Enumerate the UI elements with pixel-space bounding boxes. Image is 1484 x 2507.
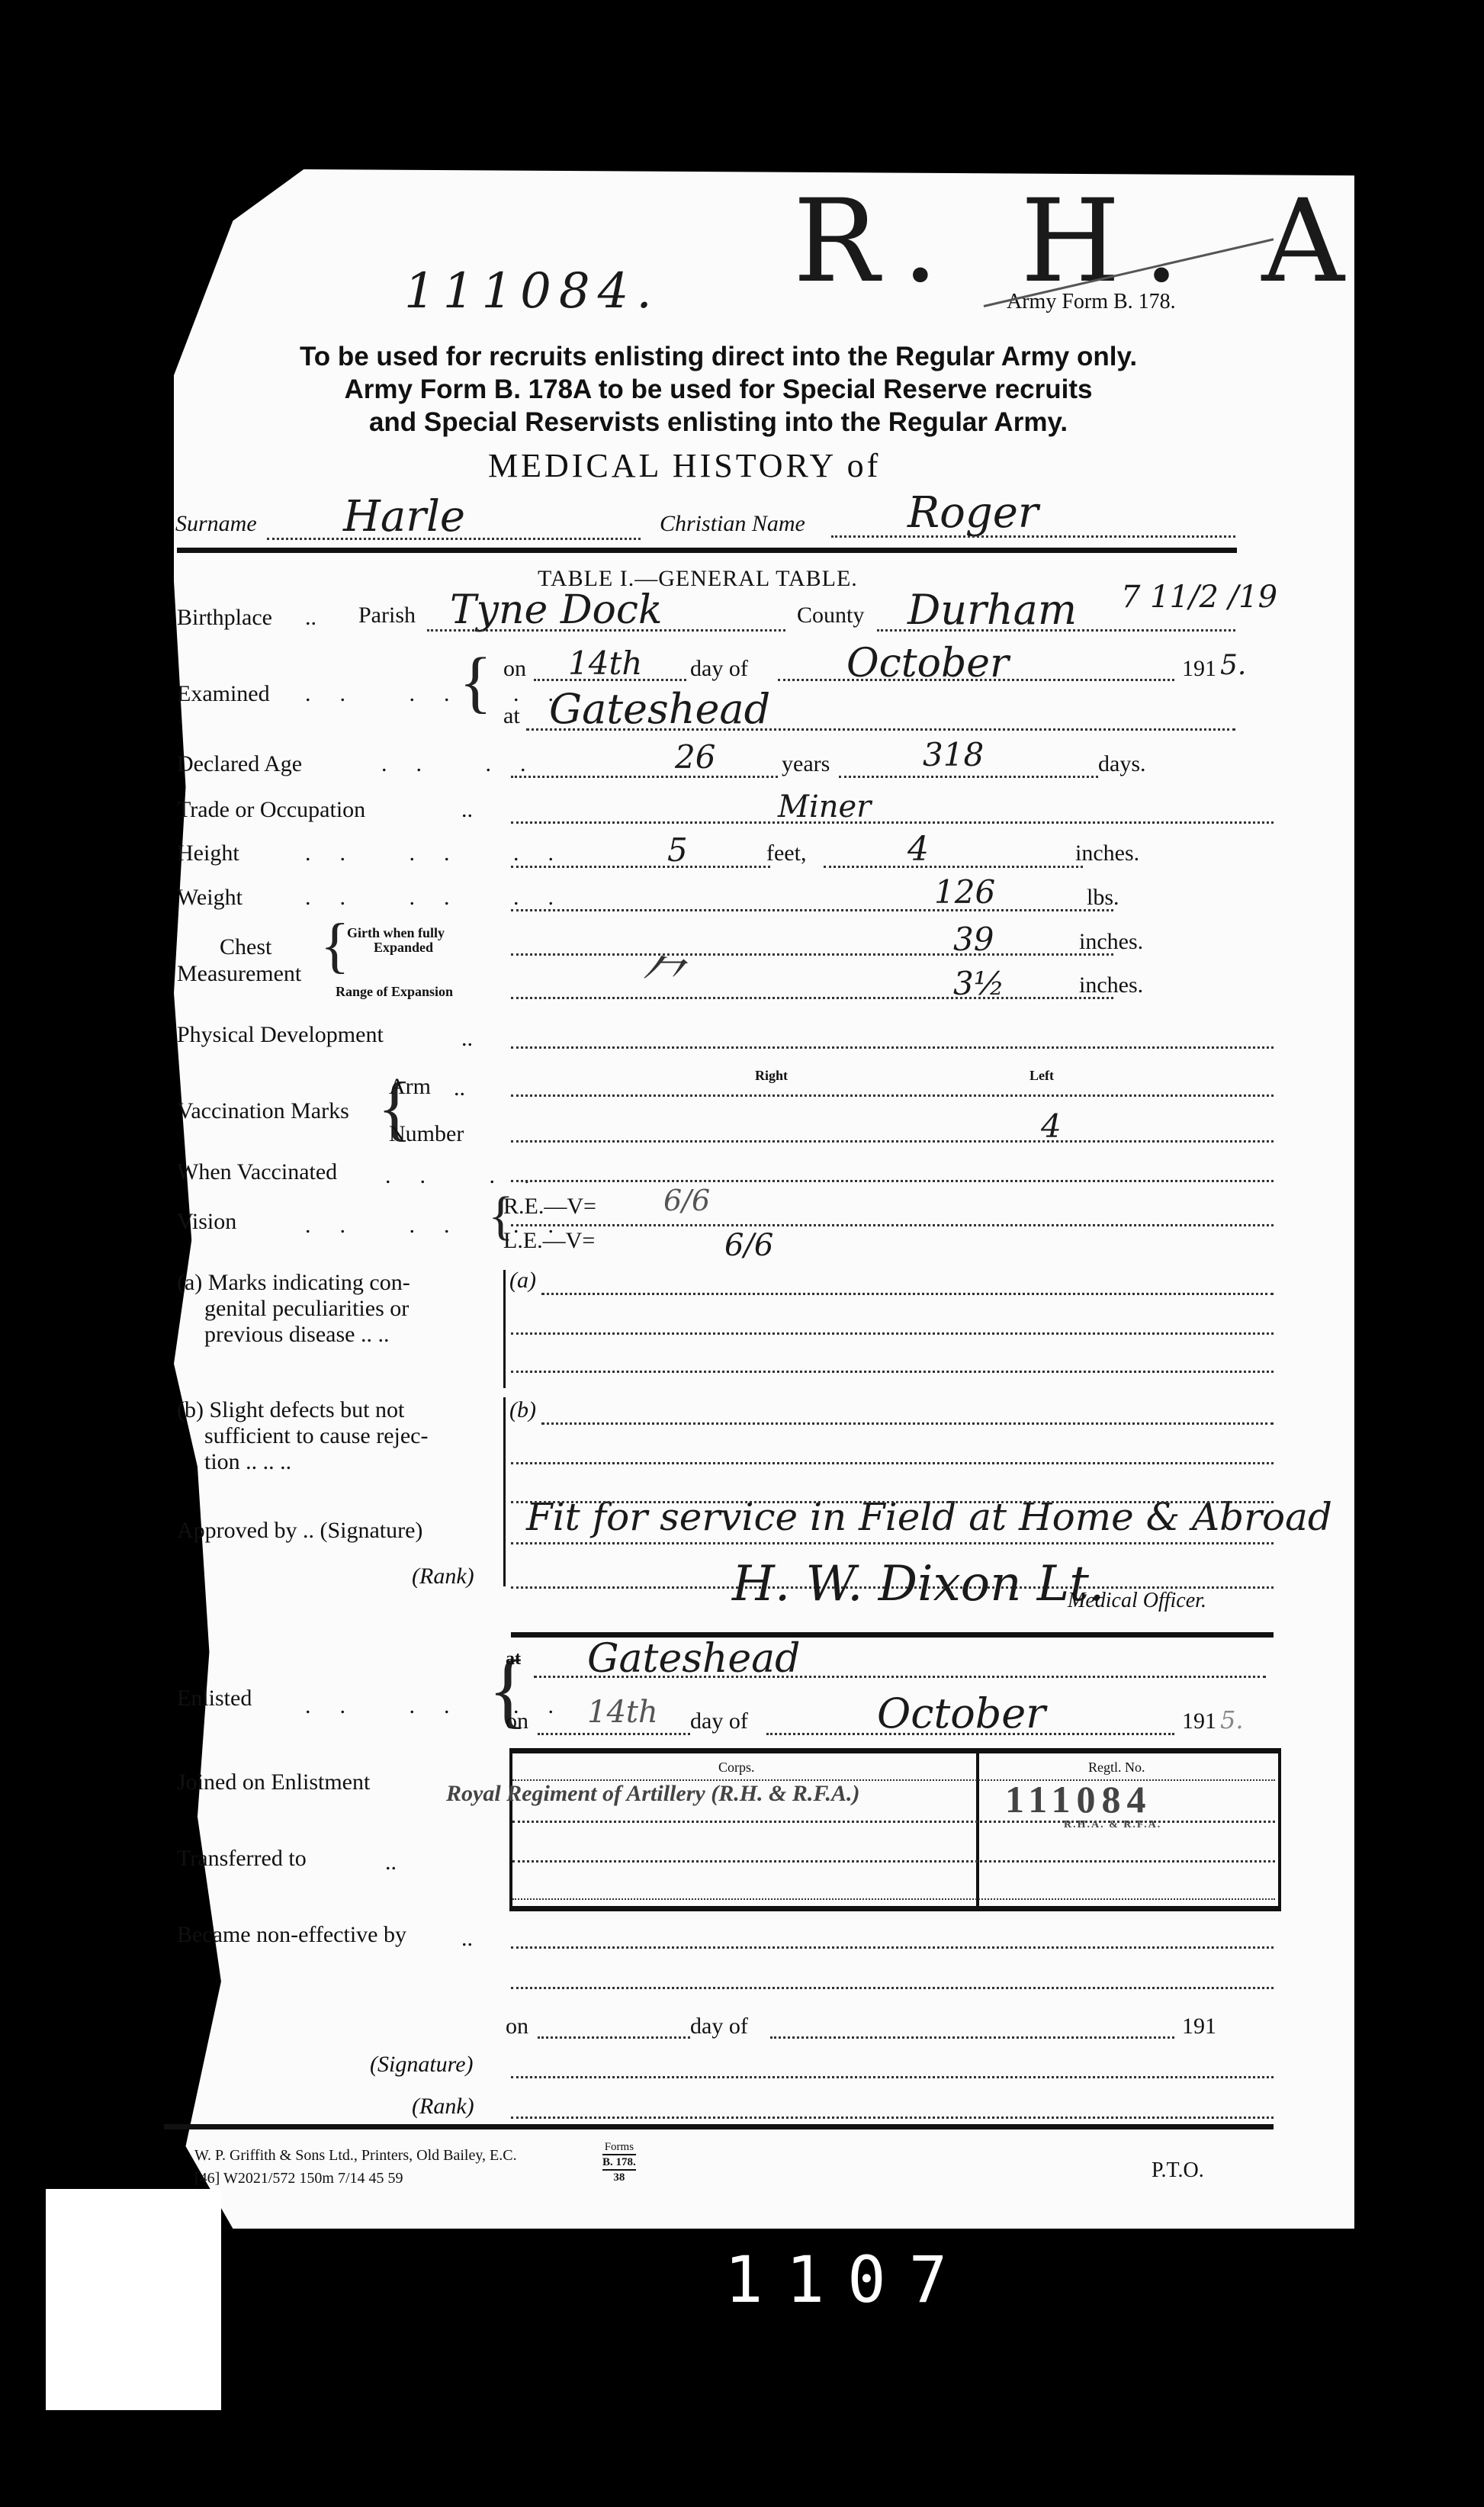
- chest-girth-value[interactable]: 39: [953, 921, 994, 958]
- right-eye-vision-value[interactable]: 6/6: [663, 1184, 710, 1217]
- signature-field-line[interactable]: [511, 2076, 1274, 2078]
- non-effective-on-label: on: [506, 2014, 528, 2039]
- rank-label: (Rank): [412, 1564, 474, 1589]
- year-prefix: 191: [1182, 1708, 1216, 1734]
- christian-name-label: Christian Name: [660, 511, 805, 537]
- row-line: [512, 1860, 1275, 1863]
- notice-line-2: Army Form B. 178A to be used for Special…: [177, 373, 1260, 406]
- day-field-line: [538, 1733, 690, 1735]
- printer-line-1: W. P. Griffith & Sons Ltd., Printers, Ol…: [194, 2147, 517, 2165]
- marks-field-line-3[interactable]: [511, 1371, 1274, 1373]
- rank-field-line[interactable]: [511, 2116, 1274, 2119]
- physical-development-label: Physical Development: [177, 1022, 384, 1048]
- forms-label: Forms: [602, 2140, 636, 2154]
- girth-label: Girth when fully: [347, 925, 445, 941]
- measurement-label: Measurement: [177, 961, 301, 987]
- county-value[interactable]: Durham: [907, 586, 1077, 634]
- enlisted-year-suffix[interactable]: 5.: [1220, 1705, 1244, 1734]
- dots: ..: [385, 1850, 397, 1875]
- range-of-expansion-label: Range of Expansion: [336, 984, 453, 1000]
- regimental-number-sub: R.H.A. & R.F.A.: [1064, 1819, 1161, 1831]
- place-field-line: [526, 728, 1235, 731]
- dots: .. ..: [385, 1163, 559, 1189]
- medical-officer-signature[interactable]: H. W. Dixon Lt.: [732, 1556, 1104, 1612]
- field-prefix-a: (a): [509, 1268, 536, 1294]
- handwritten-corps-annotation: R. H. A: [793, 175, 1367, 308]
- dots: .. .. ..: [305, 1693, 583, 1719]
- arm-label: Arm: [389, 1074, 431, 1100]
- corps-table: Corps. Regtl. No.: [509, 1748, 1281, 1911]
- row-line: [512, 1898, 1275, 1900]
- non-effective-field-line-1[interactable]: [511, 1946, 1274, 1949]
- examined-at-label: at: [503, 703, 520, 729]
- regtl-no-column-header: Regtl. No.: [1088, 1760, 1145, 1776]
- corps-stamp[interactable]: Royal Regiment of Artillery (R.H. & R.F.…: [446, 1781, 860, 1807]
- defects-field-line-2[interactable]: [511, 1462, 1274, 1464]
- marks-field-line-2[interactable]: [511, 1332, 1274, 1335]
- label-line: sufficient to cause rejec-: [177, 1423, 428, 1449]
- chest-label: Chest: [220, 934, 271, 960]
- years-label: years: [782, 751, 830, 777]
- dots: ..: [454, 1075, 465, 1101]
- label-line: tion .. .. ..: [177, 1449, 428, 1475]
- ink-mark: ⺈: [641, 938, 694, 1015]
- enlisted-label: Enlisted: [177, 1686, 252, 1712]
- brace: [503, 1397, 506, 1489]
- surname-field-line: [267, 538, 641, 540]
- examined-place-value[interactable]: Gateshead: [549, 685, 770, 733]
- slight-defects-label: (b) Slight defects but not sufficient to…: [177, 1397, 428, 1475]
- notice-line-3: and Special Reservists enlisting into th…: [177, 406, 1260, 439]
- enlisted-month-value[interactable]: October: [877, 1689, 1046, 1737]
- dots: ..: [461, 797, 473, 823]
- physical-development-field-line: [511, 1046, 1274, 1049]
- dots: ..: [305, 605, 316, 631]
- day-of-label: day of: [690, 656, 748, 682]
- parish-label: Parish: [358, 603, 416, 628]
- label-line: genital peculiarities or: [177, 1296, 410, 1322]
- rank-label: (Rank): [412, 2094, 474, 2120]
- when-vaccinated-label: When Vaccinated: [177, 1159, 337, 1185]
- defects-field-line-1[interactable]: [541, 1422, 1274, 1425]
- regimental-number-stamp[interactable]: 111084: [1005, 1777, 1152, 1821]
- number-label: Number: [389, 1121, 464, 1147]
- girth-label-expanded: Expanded: [374, 940, 433, 956]
- christian-name-value[interactable]: Roger: [907, 488, 1039, 538]
- forms-sub: 38: [602, 2171, 636, 2184]
- weight-unit: lbs.: [1087, 885, 1119, 911]
- years-field-line: [511, 776, 778, 778]
- right-eye-label: R.E.—V=: [503, 1194, 596, 1220]
- occupation-value[interactable]: Miner: [778, 789, 871, 824]
- label-line: (b) Slight defects but not: [177, 1397, 428, 1423]
- enlisted-place-value[interactable]: Gateshead: [587, 1636, 800, 1682]
- corps-column-header: Corps.: [718, 1760, 755, 1776]
- joined-on-enlistment-label: Joined on Enlistment: [177, 1769, 370, 1795]
- calibration-patch: [46, 2189, 221, 2410]
- label-line: (a) Marks indicating con-: [177, 1270, 410, 1296]
- surname-value[interactable]: Harle: [343, 492, 465, 542]
- printer-line-2: [46] W2021/572 150m 7/14 45 59: [194, 2170, 403, 2187]
- age-days-value[interactable]: 318: [923, 736, 984, 773]
- occupation-label: Trade or Occupation: [177, 797, 365, 823]
- month-field-line: [778, 679, 1174, 681]
- girth-unit: inches.: [1079, 929, 1143, 955]
- transferred-to-label: Transferred to: [177, 1846, 307, 1872]
- footer-divider: [164, 2124, 1274, 2129]
- year-prefix: 191: [1182, 2014, 1216, 2039]
- weight-field-line: [511, 909, 1113, 911]
- days-label: days.: [1098, 751, 1146, 777]
- height-inches-value[interactable]: 4: [907, 830, 929, 869]
- month-field-line: [766, 1733, 1174, 1735]
- month-field-line[interactable]: [770, 2036, 1174, 2039]
- examined-label: Examined: [177, 681, 270, 707]
- enlisted-on-label: on: [506, 1708, 528, 1734]
- county-label: County: [797, 603, 864, 628]
- dots: .. .. ..: [305, 681, 583, 707]
- enlisted-day-value[interactable]: 14th: [587, 1695, 658, 1730]
- dots: ..: [461, 1926, 473, 1952]
- dots: .. ..: [381, 751, 555, 777]
- congenital-marks-label: (a) Marks indicating con- genital peculi…: [177, 1270, 410, 1348]
- left-eye-label: L.E.—V=: [503, 1228, 595, 1254]
- number-field-line: [511, 1140, 1274, 1143]
- brace: {: [320, 915, 349, 976]
- brace: [503, 1480, 506, 1586]
- birthplace-label: Birthplace: [177, 605, 272, 631]
- declared-age-label: Declared Age: [177, 751, 302, 777]
- brace: [503, 1270, 506, 1388]
- divider: [177, 548, 1237, 553]
- left-eye-vision-value[interactable]: 6/6: [724, 1228, 773, 1263]
- when-vaccinated-field-line: [511, 1180, 1274, 1182]
- column-divider: [976, 1753, 979, 1906]
- dots: ..: [461, 1026, 473, 1052]
- vision-label: Vision: [177, 1209, 236, 1235]
- vaccination-left-number[interactable]: 4: [1041, 1107, 1062, 1145]
- brace: {: [459, 648, 492, 717]
- enlisted-at-label: at: [506, 1649, 521, 1670]
- day-of-label: day of: [690, 2014, 748, 2039]
- examined-day-value[interactable]: 14th: [568, 644, 642, 682]
- enlisted-place-field-line: [534, 1676, 1266, 1678]
- occupation-field-line: [511, 821, 1274, 824]
- days-field-line: [839, 776, 1098, 778]
- pto-label: P.T.O.: [1152, 2158, 1204, 2183]
- examined-year-suffix[interactable]: 5.: [1220, 650, 1246, 681]
- feet-field-line: [511, 866, 770, 868]
- examined-on-label: on: [503, 656, 526, 682]
- vaccination-marks-label: Vaccination Marks: [177, 1098, 349, 1124]
- day-field-line[interactable]: [538, 2036, 690, 2039]
- weight-value[interactable]: 126: [934, 873, 995, 911]
- became-non-effective-label: Became non-effective by: [177, 1922, 406, 1948]
- notice-line-1: To be used for recruits enlisting direct…: [177, 340, 1260, 373]
- height-feet-value[interactable]: 5: [667, 831, 688, 869]
- left-column-header: Left: [1029, 1068, 1054, 1084]
- surname-label: Surname: [175, 511, 257, 537]
- frame-number: 1107: [724, 2242, 970, 2317]
- signature-field-line: [511, 1542, 1274, 1544]
- vision-field-line: [511, 1224, 1274, 1226]
- medical-officer-title: Medical Officer.: [1068, 1589, 1206, 1613]
- inches-label: inches.: [1075, 840, 1139, 866]
- forms-number: B. 178.: [602, 2154, 636, 2171]
- signature-field-line-top: [511, 1501, 1274, 1503]
- forms-reference: Forms B. 178. 38: [602, 2140, 636, 2184]
- range-field-line: [511, 997, 1113, 999]
- county-field-line: [877, 629, 1235, 632]
- label-line: previous disease .. ..: [177, 1322, 410, 1348]
- weight-label: Weight: [177, 885, 243, 911]
- parish-field-line: [427, 629, 785, 632]
- height-label: Height: [177, 840, 239, 866]
- right-column-header: Right: [755, 1068, 788, 1084]
- year-prefix: 191: [1182, 656, 1216, 682]
- feet-label: feet,: [766, 840, 806, 866]
- page-title: MEDICAL HISTORY of: [488, 446, 881, 485]
- day-field-line: [534, 679, 686, 681]
- margin-date-note: 7 11/2 /19: [1121, 580, 1277, 615]
- age-years-value[interactable]: 26: [675, 738, 715, 776]
- dots: .. .. ..: [305, 840, 583, 866]
- day-of-label: day of: [690, 1708, 748, 1734]
- girth-field-line: [511, 953, 1113, 956]
- arm-field-line: [511, 1094, 1274, 1097]
- signature-label: (Signature): [370, 2052, 474, 2078]
- approved-by-label: Approved by .. (Signature): [177, 1518, 422, 1544]
- marks-field-line-1[interactable]: [541, 1293, 1274, 1295]
- handwritten-regimental-number: 111084.: [404, 263, 660, 320]
- inches-field-line: [824, 866, 1083, 868]
- parish-value[interactable]: Tyne Dock: [450, 587, 662, 633]
- range-unit: inches.: [1079, 972, 1143, 998]
- dots: .. .. ..: [305, 885, 583, 911]
- christian-name-field-line: [831, 535, 1235, 538]
- non-effective-field-line-2[interactable]: [511, 1987, 1274, 1989]
- form-usage-notice: To be used for recruits enlisting direct…: [177, 340, 1260, 439]
- field-prefix-b: (b): [509, 1397, 536, 1423]
